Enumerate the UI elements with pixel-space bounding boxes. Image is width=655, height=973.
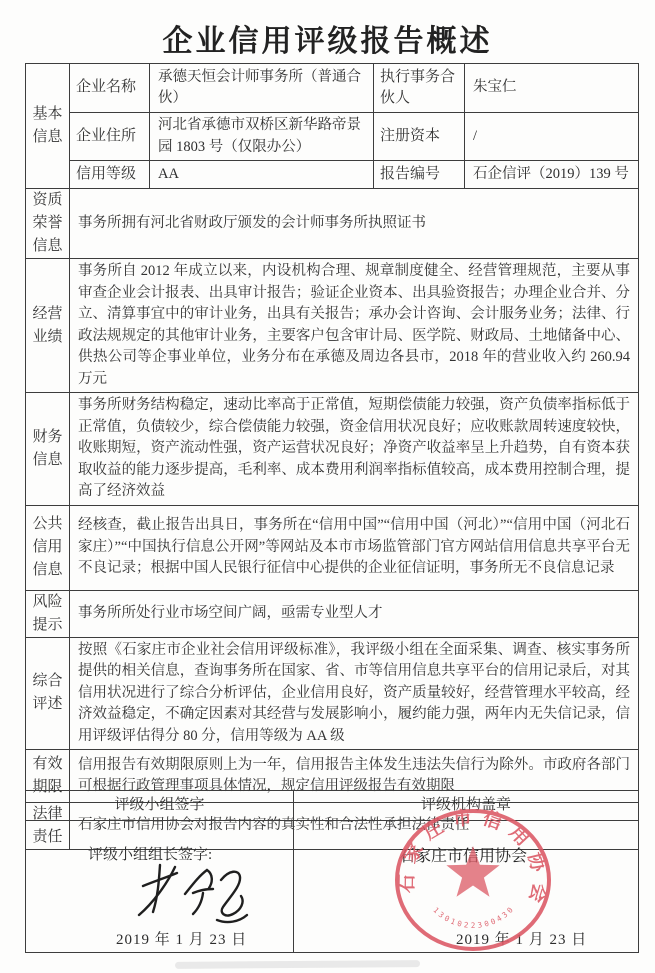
executive-partner-label: 执行事务合伙人 [374, 64, 465, 113]
company-address-value: 河北省承德市双桥区新华路帝景园 1803 号（仅限办公） [150, 113, 374, 161]
executive-partner-value: 朱宝仁 [465, 64, 639, 113]
credit-grade-value: AA [150, 161, 374, 189]
table-row: 基本信息 企业名称 承德天恒会计师事务所（普通合伙） 执行事务合伙人 朱宝仁 [26, 64, 639, 113]
section-content-summary: 按照《石家庄市企业社会信用评级标准》，我评级小组在全面采集、调查、核实事务所提供… [70, 637, 639, 750]
section-row: 财务信息 事务所财务结构稳定，速动比率高于正常值，短期偿债能力较强，资产负债率指… [26, 393, 639, 506]
team-signature-date: 2019 年 1 月 23 日 [116, 928, 247, 949]
section-content-finance: 事务所财务结构稳定，速动比率高于正常值，短期偿债能力较强，资产负债率指标低于正常… [70, 393, 639, 506]
registered-capital-label: 注册资本 [374, 113, 465, 161]
section-label-risk: 风险提示 [26, 590, 70, 637]
table-row: 企业住所 河北省承德市双桥区新华路帝景园 1803 号（仅限办公） 注册资本 / [26, 113, 639, 161]
section-content-public-credit: 经核查，截止报告出具日，事务所在“信用中国”“信用中国（河北）”“信用中国（河北… [70, 505, 639, 590]
section-content-qualification: 事务所拥有河北省财政厅颁发的会计师事务所执照证书 [70, 189, 639, 259]
company-address-label: 企业住所 [70, 113, 150, 161]
section-row: 经营业绩 事务所自 2012 年成立以来，内设机构合理、规章制度健全、经营管理规… [26, 259, 639, 393]
report-table: 基本信息 企业名称 承德天恒会计师事务所（普通合伙） 执行事务合伙人 朱宝仁 企… [25, 63, 639, 850]
stamp-serial-number: 1301022300430 [431, 904, 516, 930]
basic-info-row-label: 基本信息 [26, 64, 70, 189]
section-label-qualification: 资质荣誉信息 [26, 189, 70, 259]
report-number-value: 石企信评（2019）139 号 [465, 161, 639, 189]
section-row: 公共信用信息 经核查，截止报告出具日，事务所在“信用中国”“信用中国（河北）”“… [26, 505, 639, 590]
stamp-star-icon [446, 846, 499, 897]
credit-grade-label: 信用等级 [70, 161, 150, 189]
section-content-risk: 事务所所处行业市场空间广阔，亟需专业型人才 [70, 590, 639, 637]
section-label-business: 经营业绩 [26, 259, 70, 393]
section-content-business: 事务所自 2012 年成立以来，内设机构合理、规章制度健全、经营管理规范，主要从… [70, 259, 639, 393]
svg-text:1301022300430: 1301022300430 [431, 904, 516, 930]
page-title: 企业信用评级报告概述 [0, 16, 655, 60]
company-name-label: 企业名称 [70, 64, 150, 113]
section-row: 资质荣誉信息 事务所拥有河北省财政厅颁发的会计师事务所执照证书 [26, 189, 639, 259]
section-label-finance: 财务信息 [26, 393, 70, 506]
registered-capital-value: / [465, 113, 639, 161]
section-label-public-credit: 公共信用信息 [26, 505, 70, 590]
company-name-value: 承德天恒会计师事务所（普通合伙） [150, 64, 374, 113]
section-label-summary: 综合评述 [26, 637, 70, 750]
report-number-label: 报告编号 [374, 161, 465, 189]
table-row: 信用等级 AA 报告编号 石企信评（2019）139 号 [26, 161, 639, 189]
official-stamp: 石家庄市信用协会 1301022300430 [388, 802, 558, 962]
credit-report-document: 企业信用评级报告概述 基本信息 企业名称 承德天恒会计师事务所（普通合伙） 执行… [0, 0, 655, 973]
section-row: 综合评述 按照《石家庄市企业社会信用评级标准》，我评级小组在全面采集、调查、核实… [26, 637, 639, 750]
handwritten-signature [133, 860, 251, 926]
section-row: 风险提示 事务所所处行业市场空间广阔，亟需专业型人才 [26, 590, 639, 637]
team-signature-header: 评级小组签字 [26, 791, 294, 821]
scan-artifact [175, 960, 420, 969]
